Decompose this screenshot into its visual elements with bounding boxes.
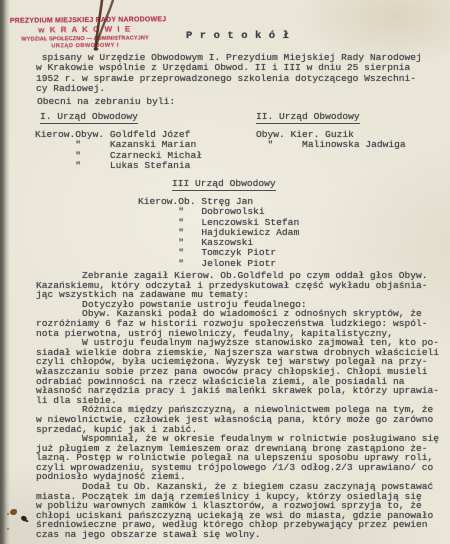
- attendees-heading: Obecni na zebraniu byli:: [37, 97, 175, 107]
- official-stamp: PREZYDIUM MIEJSKIEJ RADY NARODOWEJ w K R…: [10, 16, 160, 50]
- attendee-line: " Jelonek Piotr: [138, 259, 299, 269]
- scan-edge-shadow: [0, 0, 10, 544]
- attendee-list-office-1: Kierow.Obyw. Goldfeld Józef " Kazanski M…: [35, 130, 202, 171]
- ink-speck: [7, 528, 9, 530]
- section-heading-office-1: I. Urząd Obwodowy: [40, 112, 138, 124]
- document-title: P r o t o k ó ł: [186, 31, 290, 41]
- stamp-city-line: w K R A K O W I E: [10, 24, 160, 35]
- scanned-protocol-page: { "stamp": { "org": "PREZYDIUM MIEJSKIEJ…: [0, 0, 450, 544]
- attendee-list-office-2: Obyw. Kier. Guzik " Malinowska Jadwiga: [256, 130, 406, 151]
- intro-paragraph: spisany w Urzędzie Obwodowym I. Prezydiu…: [36, 53, 422, 94]
- section-heading-office-2: II. Urząd Obwodowy: [256, 112, 360, 124]
- attendee-list-office-3: Kierow.Ob. Stręg Jan " Dobrowolski " Len…: [138, 197, 299, 269]
- attendee-line: " Lukas Stefania: [35, 161, 202, 171]
- handwritten-pen-mark: [86, 0, 122, 54]
- attendee-line: " Malinowska Jadwiga: [256, 140, 406, 150]
- text-line: cy Radiowej.: [36, 84, 422, 94]
- text-line: czas na jego obszarze stawał się wolny.: [36, 530, 439, 540]
- ink-blot: [10, 509, 17, 515]
- protocol-body: Zebranie zagaił Kierow. Ob.Goldfeld po c…: [36, 271, 439, 540]
- section-heading-office-3: III Urząd Obwodowy: [172, 179, 276, 191]
- ink-blot: [20, 515, 27, 522]
